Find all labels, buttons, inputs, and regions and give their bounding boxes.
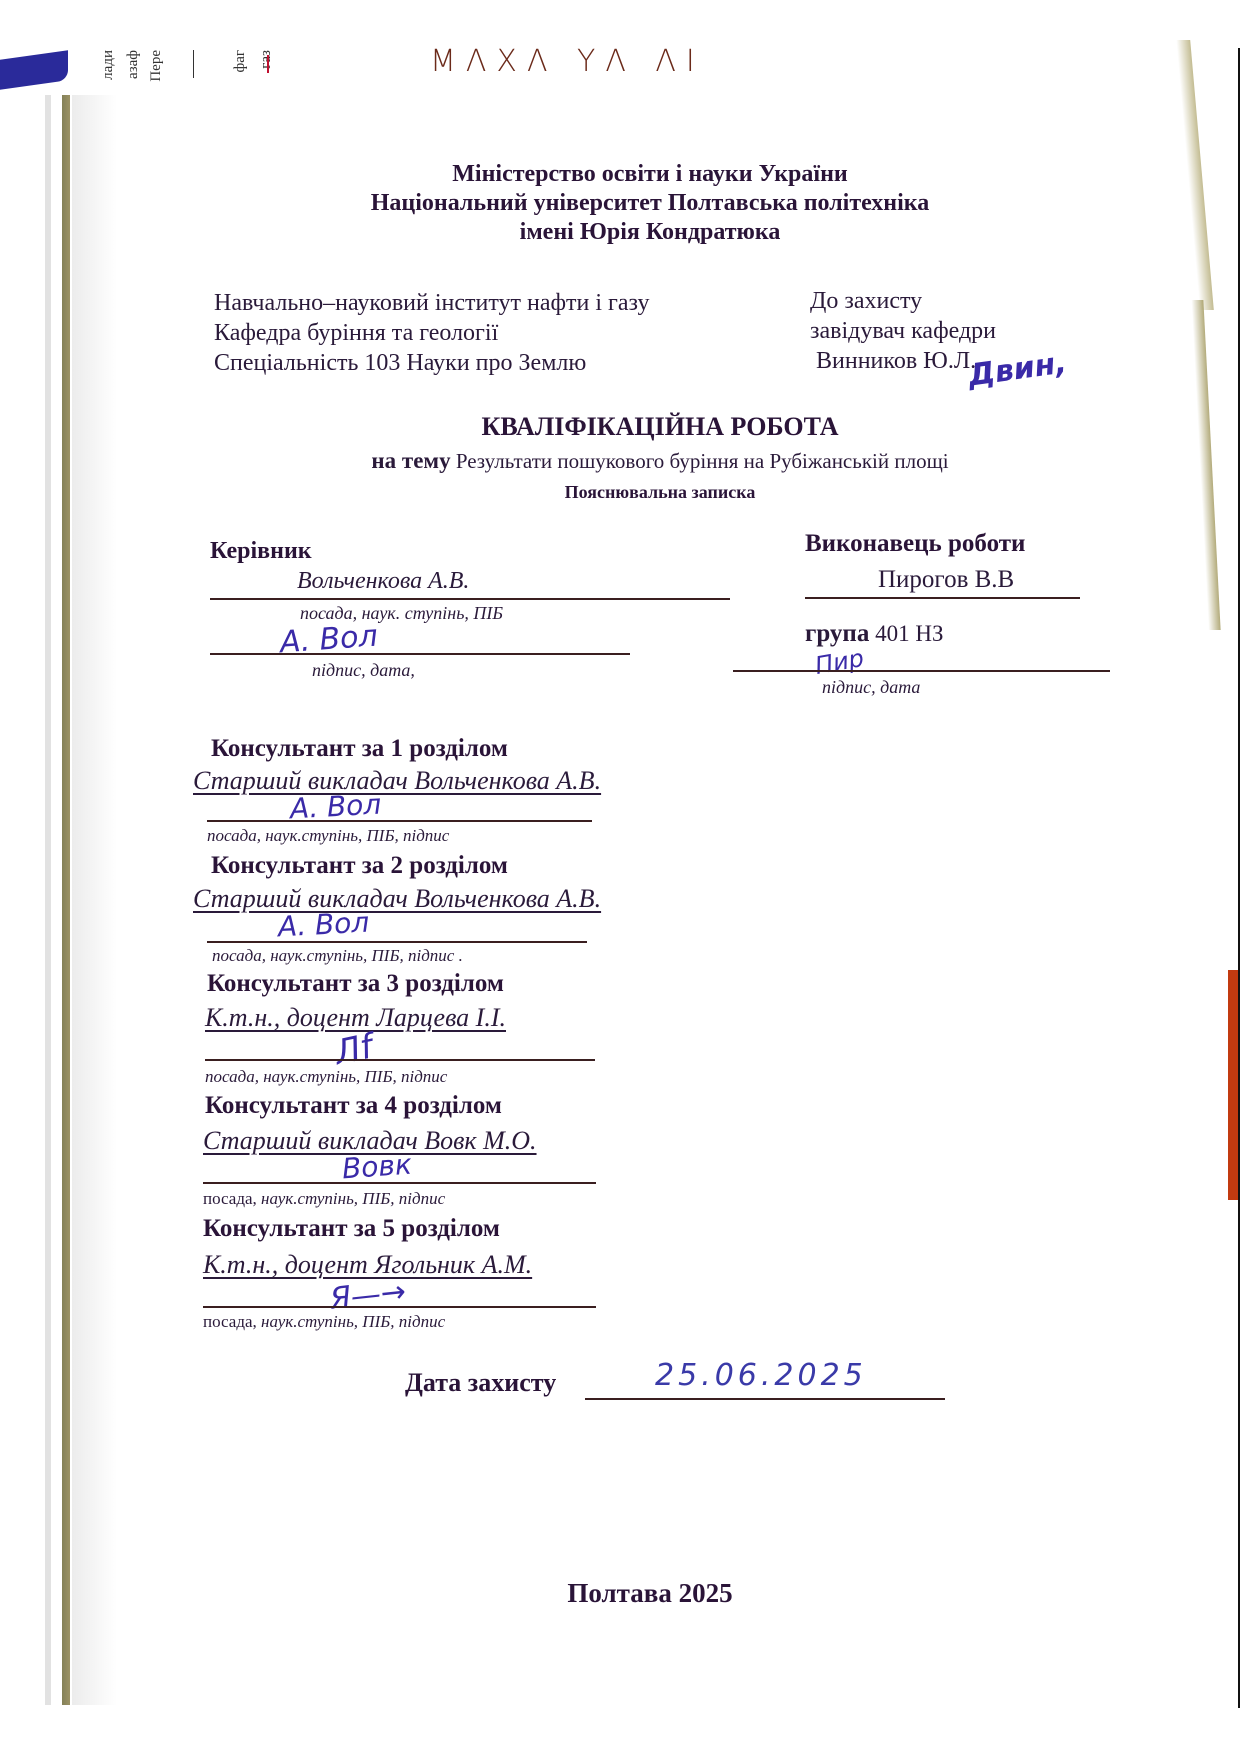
executor-name: Пирогов В.В (878, 566, 1014, 594)
consultant-1-heading: Консультант за 1 розділом (211, 735, 508, 763)
executor-name-line (805, 597, 1080, 599)
consultant-5-name: К.т.н., доцент Ягольник А.М. (203, 1250, 532, 1280)
under-page-fragment: азаф (125, 50, 142, 79)
executor-group: група 401 НЗ (805, 620, 943, 648)
consultant-4-heading: Консультант за 4 розділом (205, 1092, 502, 1120)
consultant-4-caption: посада, наук.ступінь, ПІБ, підпис (203, 1189, 445, 1209)
consultant-5-signature: Я—→ (328, 1274, 407, 1317)
consultant-4-signature-line (203, 1182, 596, 1184)
consultant-3-heading: Консультант за 3 розділом (207, 970, 504, 998)
red-mark (267, 55, 269, 73)
document-header: Міністерство освіти і науки України Наці… (260, 160, 1040, 247)
executor-caption-signature: підпис, дата (822, 677, 920, 698)
university-name: Національний університет Полтавська полі… (260, 189, 1040, 218)
consultant-1-name: Старший викладач Вольченкова А.В. (193, 766, 601, 796)
consultant-2-signature: А. Вол (277, 906, 370, 944)
executor-signature-line (733, 670, 1110, 672)
topic-text: Результати пошукового буріння на Рубіжан… (456, 449, 949, 473)
defense-date-line (585, 1398, 945, 1400)
page-binding-edge (62, 95, 70, 1705)
consultant-2-heading: Консультант за 2 розділом (211, 852, 508, 880)
consultant-1-caption: посада, наук.ступінь, ПІБ, підпис (207, 826, 449, 846)
under-page-rule (193, 50, 194, 78)
work-title: КВАЛІФІКАЦІЙНА РОБОТА (300, 412, 1020, 442)
supervisor-name: Вольченкова А.В. (297, 568, 469, 595)
right-page-edge (1176, 40, 1214, 310)
consultant-2-caption: посада, наук.ступінь, ПІБ, підпис . (212, 946, 463, 966)
ministry-name: Міністерство освіти і науки України (260, 160, 1040, 189)
executor-heading: Виконавець роботи (805, 530, 1025, 558)
work-topic: на тему Результати пошукового буріння на… (260, 448, 1060, 474)
scan-top-margin (0, 0, 1240, 48)
consultant-4-caption-plain: посада, (203, 1189, 261, 1208)
executor-signature: Пир (813, 644, 866, 680)
institute: Навчально–науковий інститут нафти і газу (214, 288, 650, 318)
university-honorific: імені Юрія Кондратюка (260, 218, 1040, 247)
group-value: 401 НЗ (875, 621, 943, 646)
consultant-5-caption: посада, наук.ступінь, ПІБ, підпис (203, 1312, 445, 1332)
supervisor-caption-signature: підпис, дата, (312, 660, 415, 681)
under-page-fragment: Пере (148, 50, 165, 82)
supervisor-signature-line (210, 653, 630, 655)
consultant-3-signature-line (205, 1059, 595, 1061)
approval-line-2: завідувач кафедри (810, 316, 996, 346)
department: Кафедра буріння та геології (214, 318, 650, 348)
under-page-fragment: лади (100, 50, 117, 80)
blue-folder-tab (0, 50, 68, 90)
consultant-2-signature-line (207, 941, 587, 943)
specialty: Спеціальність 103 Науки про Землю (214, 348, 650, 378)
consultant-3-caption: посада, наук.ступінь, ПІБ, підпис (205, 1067, 447, 1087)
consultant-2-name: Старший викладач Вольченкова А.В. (193, 884, 601, 914)
right-red-edge (1228, 970, 1238, 1200)
page-edge-gradient (72, 95, 117, 1705)
defense-date-value: 25.06.2025 (655, 1358, 867, 1393)
defense-date-label: Дата захисту (405, 1368, 556, 1398)
consultant-1-signature-line (207, 820, 592, 822)
supervisor-heading: Керівник (210, 538, 312, 565)
page-edge-shadow (45, 95, 51, 1705)
consultant-5-heading: Консультант за 5 розділом (203, 1215, 500, 1243)
group-label: група (805, 620, 869, 647)
consultant-5-caption-italic: наук.ступінь, ПІБ, підпис (261, 1312, 445, 1331)
topic-label: на тему (371, 448, 450, 473)
consultant-4-signature: Вовк (341, 1148, 413, 1186)
approval-line-1: До захисту (810, 286, 996, 316)
document-type: Пояснювальна записка (300, 482, 1020, 503)
consultant-4-caption-italic: наук.ступінь, ПІБ, підпис (261, 1189, 445, 1208)
under-page-fragment: фаг (232, 50, 249, 73)
right-page-edge (1191, 300, 1220, 630)
consultant-5-caption-plain: посада, (203, 1312, 261, 1331)
institution-info: Навчально–науковий інститут нафти і газу… (214, 288, 650, 378)
top-handwriting: ΜΛΧΛ ΥΛ ΛΙ (430, 44, 705, 79)
consultant-5-signature-line (203, 1306, 596, 1308)
supervisor-name-line (210, 598, 730, 600)
city-year: Полтава 2025 (500, 1578, 800, 1609)
